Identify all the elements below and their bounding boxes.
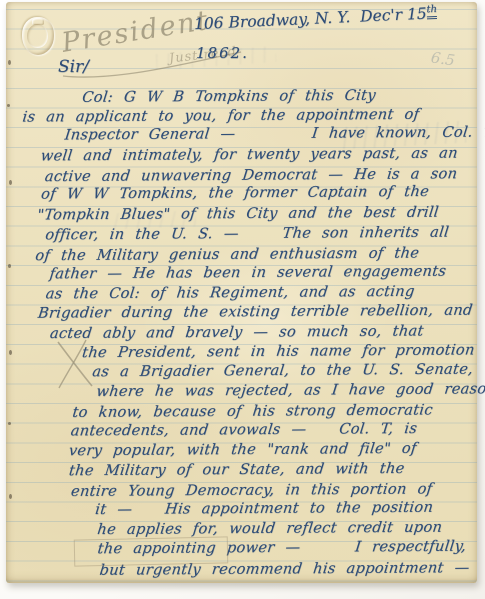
handwritten-line: well and intimately, for twenty years pa… (40, 143, 474, 166)
handwritten-line: officer, in the U. S. — The son inherits… (44, 222, 474, 245)
handwritten-line: of W W Tompkins, the former Captain of t… (40, 182, 474, 205)
scan-speck (8, 422, 11, 425)
scan-speck (7, 104, 10, 107)
dateline-ordinal-suffix: th (426, 4, 437, 19)
scan-speck (9, 180, 12, 185)
salutation: Sir/ (58, 57, 89, 77)
handwritten-line: where he was rejected, as I have good re… (95, 380, 475, 402)
handwritten-line: as a Brigadier General, to the U. S. Sen… (91, 359, 475, 381)
pencil-margin-x-mark (54, 336, 96, 392)
handwritten-line: antecedents, and avowals — Col. T, is (70, 418, 476, 441)
scan-speck (8, 60, 11, 65)
scan-speck (8, 264, 11, 268)
pencil-box-annotation (74, 536, 229, 566)
handwritten-line: the Military of our State, and with the (68, 458, 476, 481)
pencil-corner-number: 6.5 (430, 48, 456, 69)
handwritten-line: Brigadier during the existing terrible r… (37, 300, 475, 323)
scan-speck (9, 494, 12, 499)
seal-inner-detail (27, 24, 48, 48)
scan-speck (9, 350, 12, 355)
dateline: 106 Broadway, N. Y. Dec'r 15th (194, 4, 438, 33)
handwritten-line: Inspector General — I have known, Col. T… (64, 123, 474, 146)
letter-page: President Just recd 6.5 106 Broadway, N.… (6, 2, 477, 583)
dateline-text: 106 Broadway, N. Y. Dec'r 15 (194, 5, 427, 34)
dateline-year: 1862. (196, 44, 249, 62)
embossed-seal-icon (22, 17, 54, 55)
letter-body: Col: G W B Tompkins of this Cityis an ap… (12, 84, 475, 579)
